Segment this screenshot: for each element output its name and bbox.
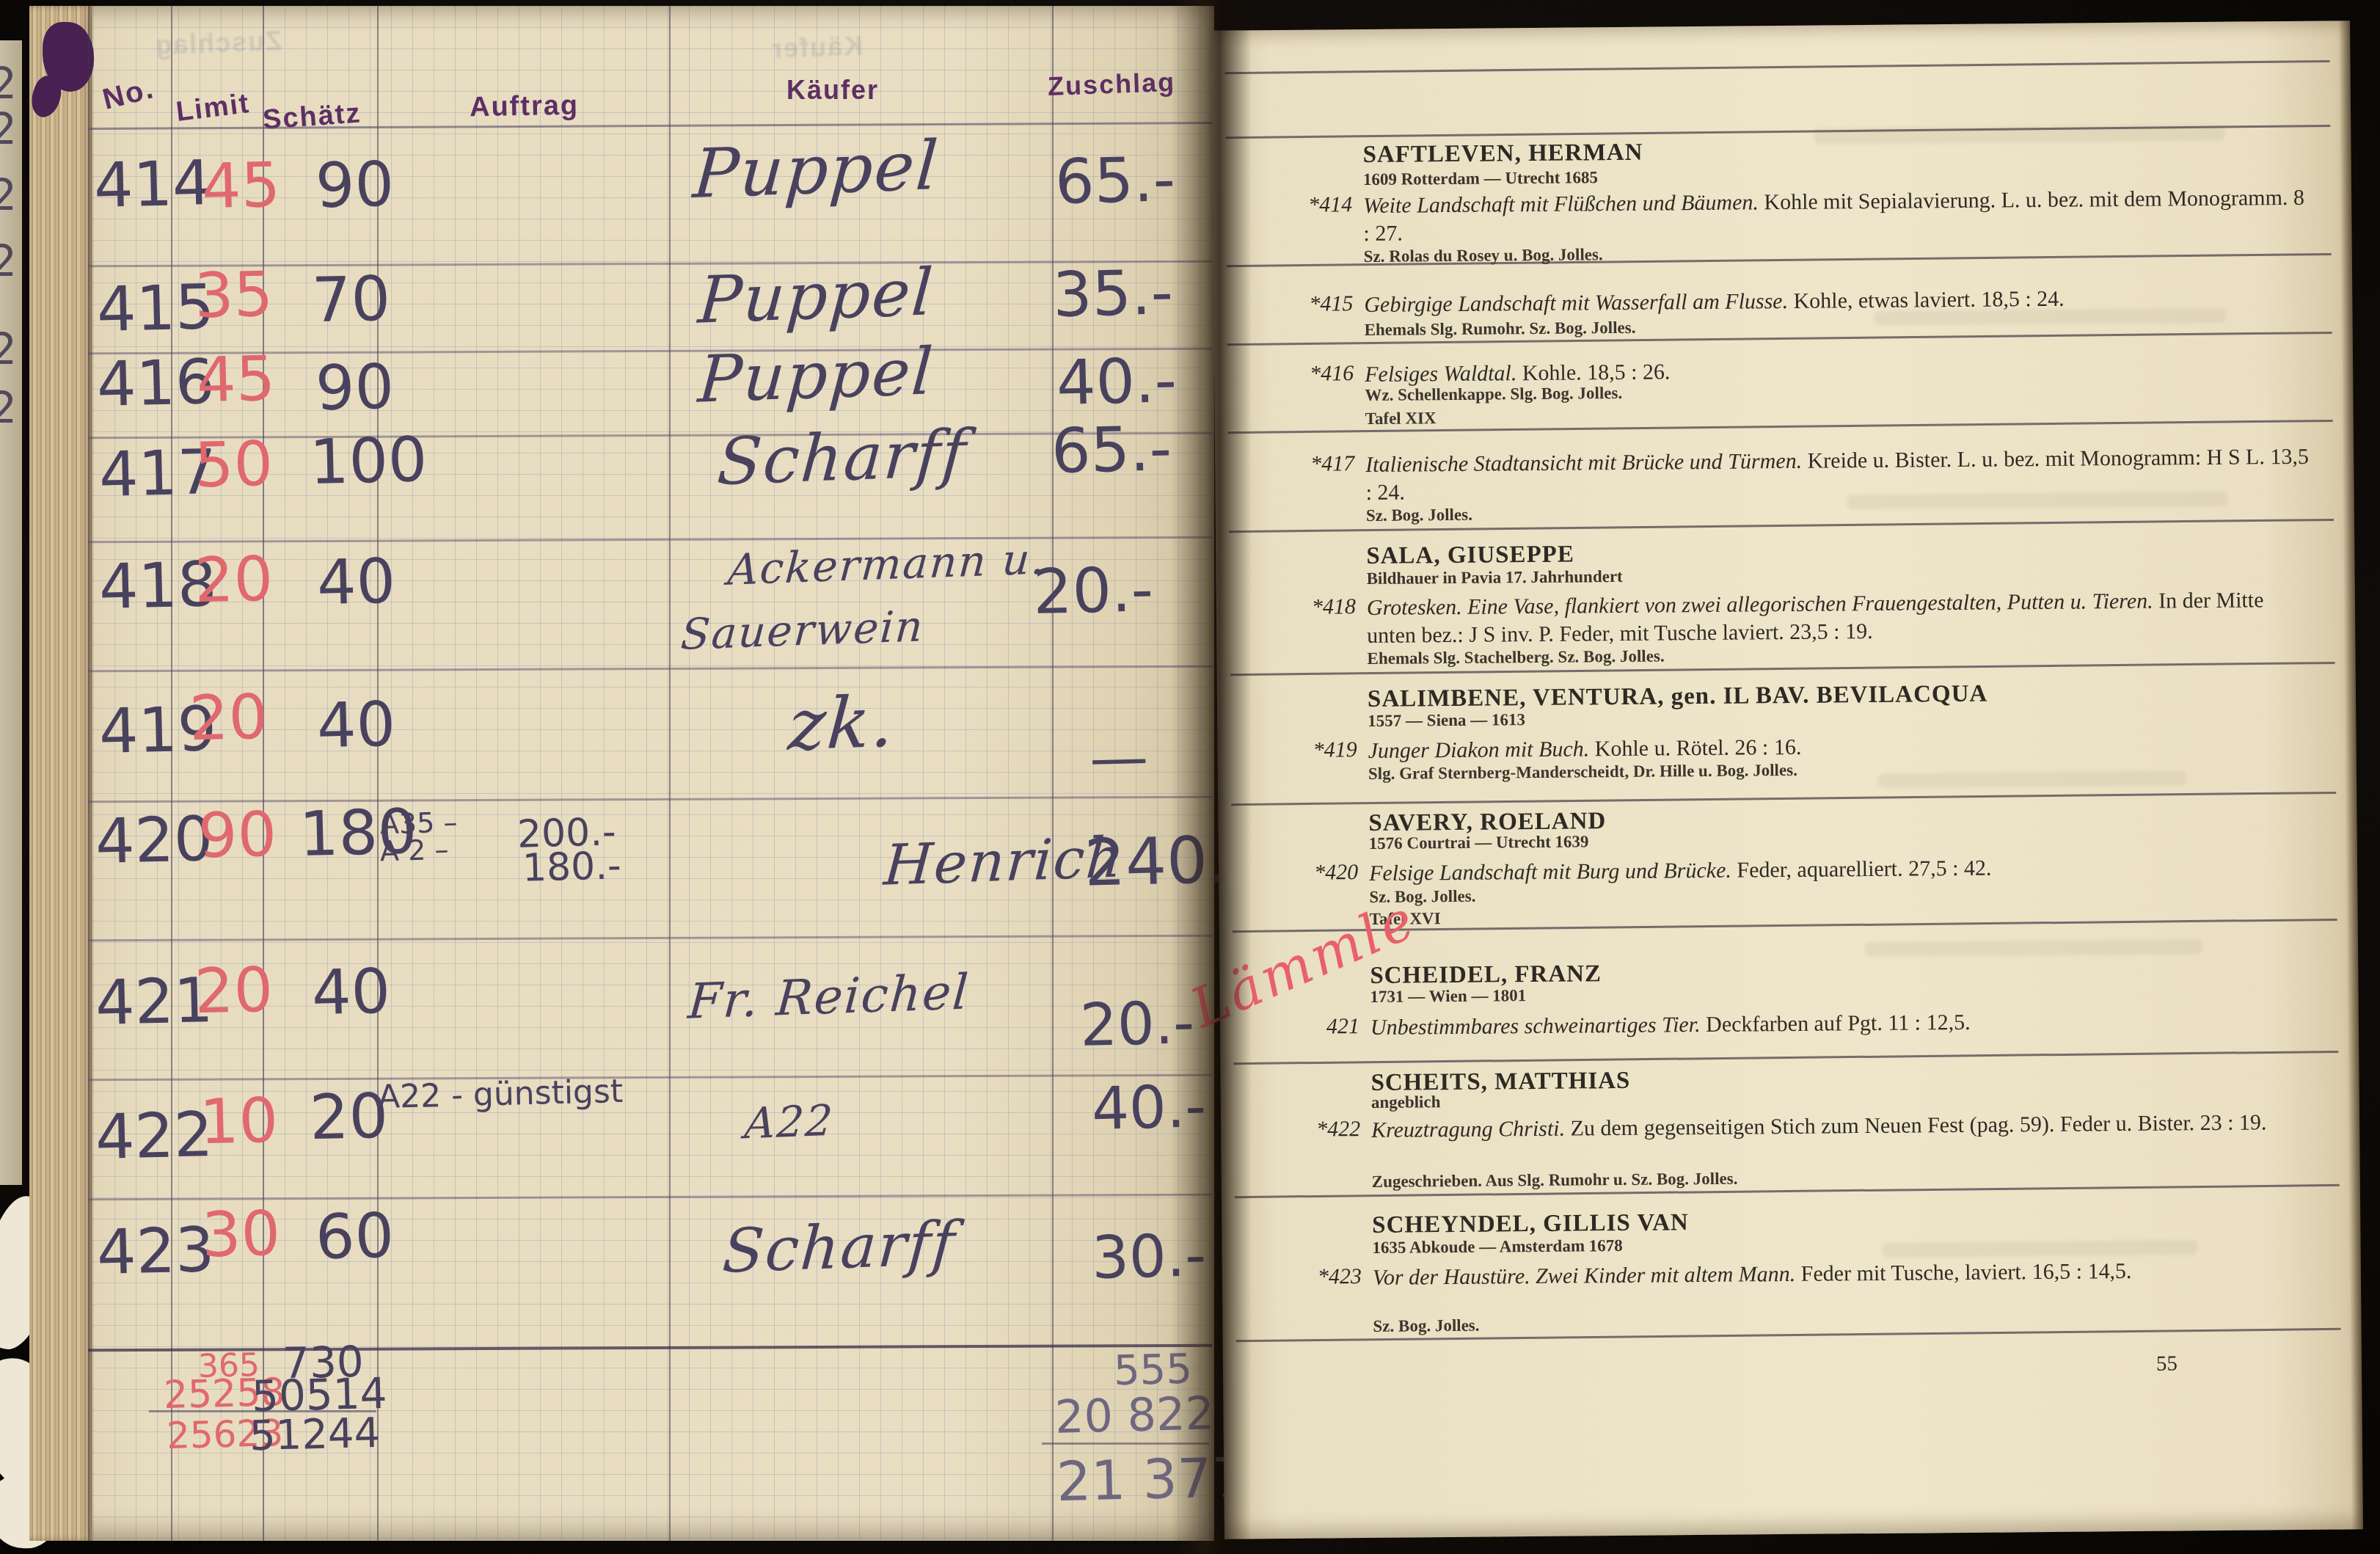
page-number: 55 — [2156, 1351, 2178, 1376]
column-rule-kaeufer — [669, 6, 671, 1541]
schaetz-value: 60 — [315, 1205, 395, 1269]
ledger-page: No. Limit Schätz Auftrag Käufer Zuschlag… — [29, 6, 1214, 1541]
lot-description: Weite Landschaft mit Flüßchen und Bäumen… — [1363, 184, 2314, 248]
buyer-name: Puppel — [696, 260, 936, 332]
schaetz-value: 20 — [309, 1085, 389, 1149]
plate-reference: Tafel XIX — [1365, 409, 1437, 428]
provenance-note: Slg. Graf Sternberg-Manderscheidt, Dr. H… — [1368, 761, 1797, 784]
lot-description: Grotesken. Eine Vase, flankiert von zwei… — [1367, 586, 2318, 650]
header-schaetz: Schätz — [262, 98, 362, 136]
book-gutter — [1171, 0, 1252, 1554]
limit-value: 90 — [197, 803, 277, 867]
lot-no: 423 — [96, 1219, 215, 1283]
schaetz-value: 40 — [316, 693, 396, 757]
edge-digit: 2 — [0, 59, 17, 109]
catalog-lot-no: *416 — [1284, 361, 1354, 387]
lot-description: Felsiges Waldtal. Kohle. 18,5 : 26. — [1365, 353, 2315, 389]
order-amount-2: 180.- — [522, 847, 621, 887]
provenance-note: Ehemals Slg. Rumohr. Sz. Bog. Jolles. — [1365, 318, 1636, 340]
entry-rule — [1231, 792, 2336, 806]
entry-rule — [1225, 60, 2330, 74]
lot-description: Kreuztragung Christi. Zu dem gegenseitig… — [1371, 1109, 2321, 1145]
limit-value: 30 — [201, 1203, 281, 1266]
lot-description: Vor der Haustüre. Zwei Kinder mit altem … — [1373, 1256, 2323, 1292]
row-separator — [88, 665, 1212, 673]
column-rule-zuschlag — [1052, 6, 1054, 1541]
catalog-lot-no: 421 — [1290, 1014, 1359, 1040]
artist-life: 1635 Abkoude — Amsterdam 1678 — [1372, 1236, 1622, 1258]
schaetz-value: 40 — [316, 550, 396, 614]
catalog-lot-no: *420 — [1288, 860, 1358, 886]
order-entry: A22 - günstigst — [378, 1076, 624, 1114]
artist-life: 1557 — Siena — 1613 — [1368, 710, 1525, 731]
edge-digit: 2 — [0, 236, 17, 286]
hammer-price: 65.- — [1051, 417, 1172, 482]
schaetz-value: 40 — [311, 960, 391, 1024]
catalog-lot-no: *415 — [1283, 291, 1353, 317]
artist-life: angeblich — [1371, 1092, 1441, 1112]
lot-description: Junger Diakon mit Buch. Kohle u. Rötel. … — [1368, 729, 2318, 765]
limit-value: 10 — [199, 1090, 279, 1153]
lot-title: Kreuztragung Christi. — [1371, 1117, 1565, 1142]
artist-life: 1731 — Wien — 1801 — [1370, 986, 1526, 1007]
lot-no: 420 — [95, 808, 213, 872]
lot-title: Vor der Haustüre. Zwei Kinder mit altem … — [1373, 1262, 1796, 1290]
header-auftrag: Auftrag — [470, 90, 580, 124]
catalog-lot-no: *422 — [1291, 1117, 1360, 1142]
limit-value: 50 — [194, 433, 274, 497]
header-underline — [88, 122, 1212, 130]
lot-technique: Feder mit Tusche, laviert. 16,5 : 14,5. — [1801, 1259, 2132, 1286]
column-rule-auftrag — [377, 6, 379, 1541]
provenance-note: Sz. Bog. Jolles. — [1366, 506, 1472, 525]
spine-page-edges — [29, 6, 92, 1541]
lot-no: 414 — [93, 152, 212, 216]
lot-title: Italienische Stadtansicht mit Brücke und… — [1365, 449, 1802, 477]
catalog-page: SAFTLEVEN, HERMAN 1609 Rotterdam — Utrec… — [1211, 21, 2363, 1539]
artist-name: SAFTLEVEN, HERMAN — [1362, 139, 1643, 169]
header-limit: Limit — [175, 88, 252, 128]
artist-life: 1609 Rotterdam — Utrecht 1685 — [1363, 168, 1598, 189]
lot-technique: Zu dem gegenseitigen Stich zum Neuen Fes… — [1570, 1110, 2266, 1140]
edge-digit: 2 — [0, 104, 17, 154]
lot-title: Felsiges Waldtal. — [1365, 361, 1516, 387]
order-entry-2: A 2 – — [380, 836, 449, 865]
hammer-price: 40.- — [1056, 349, 1178, 414]
artist-name: SALIMBENE, VENTURA, gen. IL BAV. BEVILAC… — [1368, 681, 1988, 713]
lot-title: Junger Diakon mit Buch. — [1368, 737, 1589, 763]
limit-value: 20 — [189, 686, 269, 750]
provenance-note: Zugeschrieben. Aus Slg. Rumohr u. Sz. Bo… — [1372, 1170, 1738, 1192]
lot-technique: Feder, aquarelliert. 27,5 : 42. — [1737, 856, 1991, 883]
header-kaeufer: Käufer — [786, 75, 879, 106]
buyer-name: Scharff — [715, 421, 969, 495]
catalog-lot-no: *423 — [1292, 1264, 1362, 1290]
hammer-price: 20.- — [1032, 558, 1154, 623]
limit-value: 45 — [201, 154, 281, 218]
buyer-name: Scharff — [720, 1214, 957, 1282]
catalog-lot-no: *414 — [1282, 192, 1352, 218]
buyer-name: Fr. Reichel — [687, 968, 971, 1026]
limit-value: 20 — [194, 959, 274, 1023]
entry-rule — [1233, 1051, 2338, 1065]
artist-name: SCHEYNDEL, GILLIS VAN — [1372, 1209, 1689, 1239]
ghost-stamp: Käufer — [770, 31, 863, 65]
lot-title: Grotesken. Eine Vase, flankiert von zwei… — [1367, 589, 2153, 620]
catalog-lot-no: *419 — [1287, 737, 1357, 763]
artist-life: Bildhauer in Pavia 17. Jahrhundert — [1366, 567, 1622, 588]
row-separator — [88, 935, 1212, 942]
lot-title: Weite Landschaft mit Flüßchen und Bäumen… — [1363, 190, 1759, 218]
catalog-lot-no: *417 — [1285, 451, 1354, 477]
hammer-price: — — [1089, 728, 1149, 788]
lot-technique: Kohle. 18,5 : 26. — [1522, 360, 1671, 385]
schaetz-value: 70 — [311, 268, 391, 332]
provenance-note: Wz. Schellenkappe. Slg. Bog. Jolles. — [1365, 384, 1622, 405]
buyer-name: Puppel — [691, 132, 941, 208]
buyer-name-2: Sauerwein — [679, 605, 925, 656]
schaetz-value: 100 — [309, 428, 428, 493]
lot-no: 422 — [95, 1104, 213, 1168]
column-rule-limit — [171, 6, 172, 1541]
total-schaetz-3: 51244 — [249, 1413, 380, 1457]
edge-digit: 2 — [0, 383, 17, 433]
limit-value: 45 — [196, 348, 276, 412]
artist-name: SALA, GIUSEPPE — [1366, 541, 1574, 570]
lot-description: Italienische Stadtansicht mit Brücke und… — [1365, 443, 2316, 507]
column-rule-no — [88, 6, 90, 1541]
buyer-name: Ackermann u. — [726, 537, 1048, 591]
hammer-price: 65.- — [1054, 148, 1176, 213]
catalog-lot-no: *418 — [1286, 594, 1356, 620]
header-no: No. — [100, 72, 158, 117]
lot-technique: Kohle u. Rötel. 26 : 16. — [1595, 735, 1802, 761]
hammer-price: 35.- — [1052, 261, 1174, 326]
artist-life: 1576 Courtrai — Utrecht 1639 — [1369, 832, 1589, 853]
limit-value: 20 — [194, 548, 274, 612]
ghost-stamp: Zuschlag — [153, 26, 282, 61]
edge-digit: 2 — [0, 324, 17, 374]
buyer-name: A22 — [743, 1099, 836, 1145]
schaetz-value: 90 — [315, 356, 395, 420]
row-separator — [88, 1074, 1212, 1081]
provenance-note: Sz. Bog. Jolles. — [1373, 1316, 1479, 1336]
provenance-note: Ehemals Slg. Stachelberg. Sz. Bog. Jolle… — [1367, 646, 1664, 668]
lot-title: Gebirgige Landschaft mit Wasserfall am F… — [1364, 289, 1788, 317]
lot-technique: Deckfarben auf Pgt. 11 : 12,5. — [1706, 1010, 1971, 1037]
limit-value: 35 — [194, 263, 274, 327]
lot-description: Felsige Landschaft mit Burg und Brücke. … — [1369, 852, 2319, 888]
edge-digit: 2 — [0, 170, 17, 220]
lot-title: Felsige Landschaft mit Burg und Brücke. — [1369, 858, 1731, 886]
schaetz-value: 90 — [315, 153, 395, 217]
lot-technique: Kohle, etwas laviert. 18,5 : 24. — [1793, 287, 2064, 313]
artist-name: SCHEIDEL, FRANZ — [1370, 960, 1602, 990]
provenance-note: Sz. Rolas du Rosey u. Bog. Jolles. — [1364, 245, 1603, 266]
buyer-name: zk. — [786, 686, 898, 760]
buyer-name: Puppel — [696, 339, 936, 412]
column-rule-schaetz — [263, 6, 264, 1541]
lot-title: Unbestimmbares schweinartiges Tier. — [1370, 1013, 1701, 1040]
lot-description: Unbestimmbares schweinartiges Tier. Deck… — [1370, 1006, 2321, 1042]
book-scan: 2 2 2 2 2 2 No. Limit Schätz Auftrag Käu… — [0, 0, 2380, 1554]
header-zuschlag: Zuschlag — [1047, 67, 1175, 102]
